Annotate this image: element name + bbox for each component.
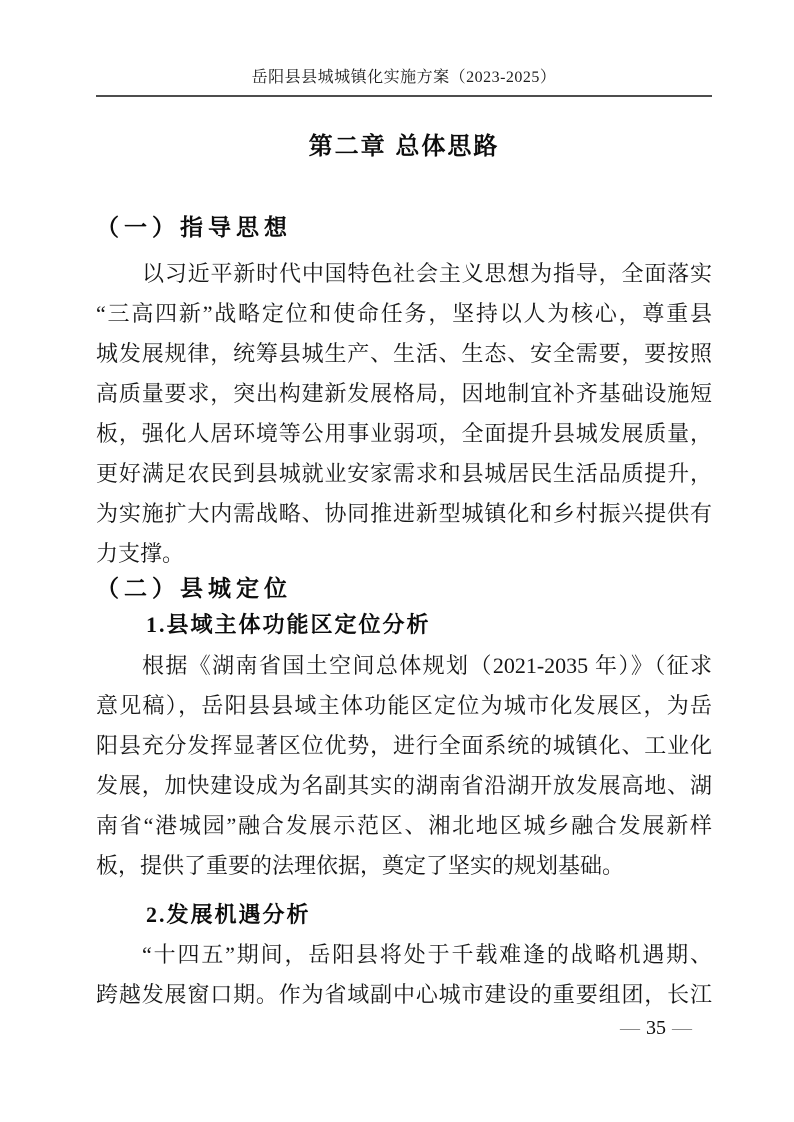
paragraph-line: 以习近平新时代中国特色社会主义思想为指导，全面落实 [96,254,712,294]
section-heading-1: （一）指导思想 [96,213,712,243]
document-page: 岳阳县县城城镇化实施方案（2023-2025） 第二章 总体思路 （一）指导思想… [0,0,794,1122]
paragraph-line: 力支撑。 [96,534,712,574]
page-number: —35— [96,1015,712,1041]
paragraph-line: 高质量要求，突出构建新发展格局，因地制宜补齐基础设施短 [96,374,712,414]
paragraph-line: 跨越发展窗口期。作为省域副中心城市建设的重要组团，长江 [96,975,712,1015]
page-number-dash-right: — [666,1017,698,1039]
paragraph-line: 南省“港城园”融合发展示范区、湘北地区城乡融合发展新样 [96,806,712,846]
paragraph-line: “十四五”期间，岳阳县将处于千载难逢的战略机遇期、 [96,935,712,975]
page-number-dash-left: — [614,1017,646,1039]
paragraph-line: 更好满足农民到县城就业安家需求和县城居民生活品质提升， [96,454,712,494]
page-header-title: 岳阳县县城城镇化实施方案（2023-2025） [96,68,712,97]
paragraph-line: 意见稿），岳阳县县域主体功能区定位为城市化发展区，为岳 [96,686,712,726]
subsection-heading-2: 2.发展机遇分析 [96,900,712,930]
paragraph-line: 发展，加快建设成为名副其实的湖南省沿湖开放发展高地、湖 [96,766,712,806]
paragraph-line: 为实施扩大内需战略、协同推进新型城镇化和乡村振兴提供有 [96,494,712,534]
paragraph-guiding-thought: 以习近平新时代中国特色社会主义思想为指导，全面落实 “三高四新”战略定位和使命任… [96,254,712,574]
page-number-value: 35 [646,1017,666,1039]
paragraph-functional-zone: 根据《湖南省国土空间总体规划（2021-2035 年）》（征求 意见稿），岳阳县… [96,646,712,886]
chapter-title: 第二章 总体思路 [96,129,712,165]
paragraph-line: 阳县充分发挥显著区位优势，进行全面系统的城镇化、工业化 [96,726,712,766]
paragraph-line: 板，强化人居环境等公用事业弱项，全面提升县城发展质量， [96,414,712,454]
paragraph-line: 板，提供了重要的法理依据，奠定了坚实的规划基础。 [96,846,712,886]
subsection-heading-1: 1.县域主体功能区定位分析 [96,610,712,640]
paragraph-line: “三高四新”战略定位和使命任务，坚持以人为核心，尊重县 [96,294,712,334]
section-heading-2: （二）县城定位 [96,574,712,604]
paragraph-development-opportunity: “十四五”期间，岳阳县将处于千载难逢的战略机遇期、 跨越发展窗口期。作为省域副中… [96,935,712,1015]
paragraph-line: 根据《湖南省国土空间总体规划（2021-2035 年）》（征求 [96,646,712,686]
paragraph-line: 城发展规律，统筹县城生产、生活、生态、安全需要，要按照 [96,334,712,374]
